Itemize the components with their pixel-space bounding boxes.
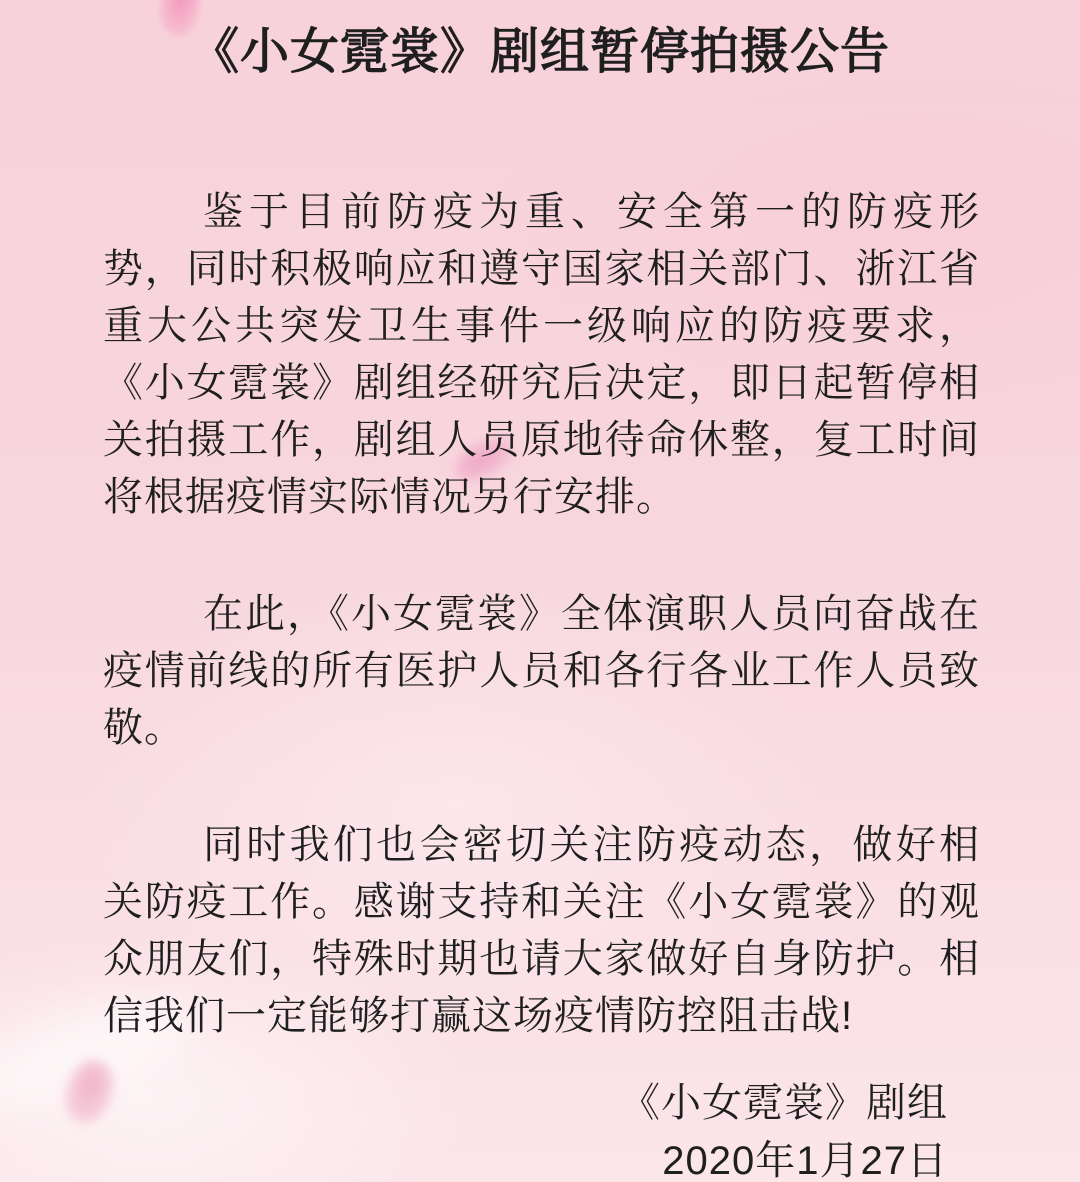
- announcement-paragraph-3: 同时我们也会密切关注防疫动态，做好相关防疫工作。感谢支持和关注《小女霓裳》的观众…: [103, 817, 980, 1045]
- date-line: 2020年1月27日: [620, 1132, 948, 1182]
- announcement-paragraph-2: 在此，《小女霓裳》全体演职人员向奋战在疫情前线的所有医护人员和各行各业工作人员致…: [103, 586, 980, 757]
- announcement-title: 《小女霓裳》剧组暂停拍摄公告: [90, 22, 990, 82]
- announcement-paragraph-1: 鉴于目前防疫为重、安全第一的防疫形势，同时积极响应和遵守国家相关部门、浙江省重大…: [103, 184, 980, 526]
- signature-block: 《小女霓裳》剧组 2020年1月27日: [620, 1074, 948, 1182]
- announcement-document: 《小女霓裳》剧组暂停拍摄公告 鉴于目前防疫为重、安全第一的防疫形势，同时积极响应…: [0, 0, 1080, 1182]
- signature-line: 《小女霓裳》剧组: [620, 1074, 948, 1132]
- announcement-body: 鉴于目前防疫为重、安全第一的防疫形势，同时积极响应和遵守国家相关部门、浙江省重大…: [103, 184, 980, 1105]
